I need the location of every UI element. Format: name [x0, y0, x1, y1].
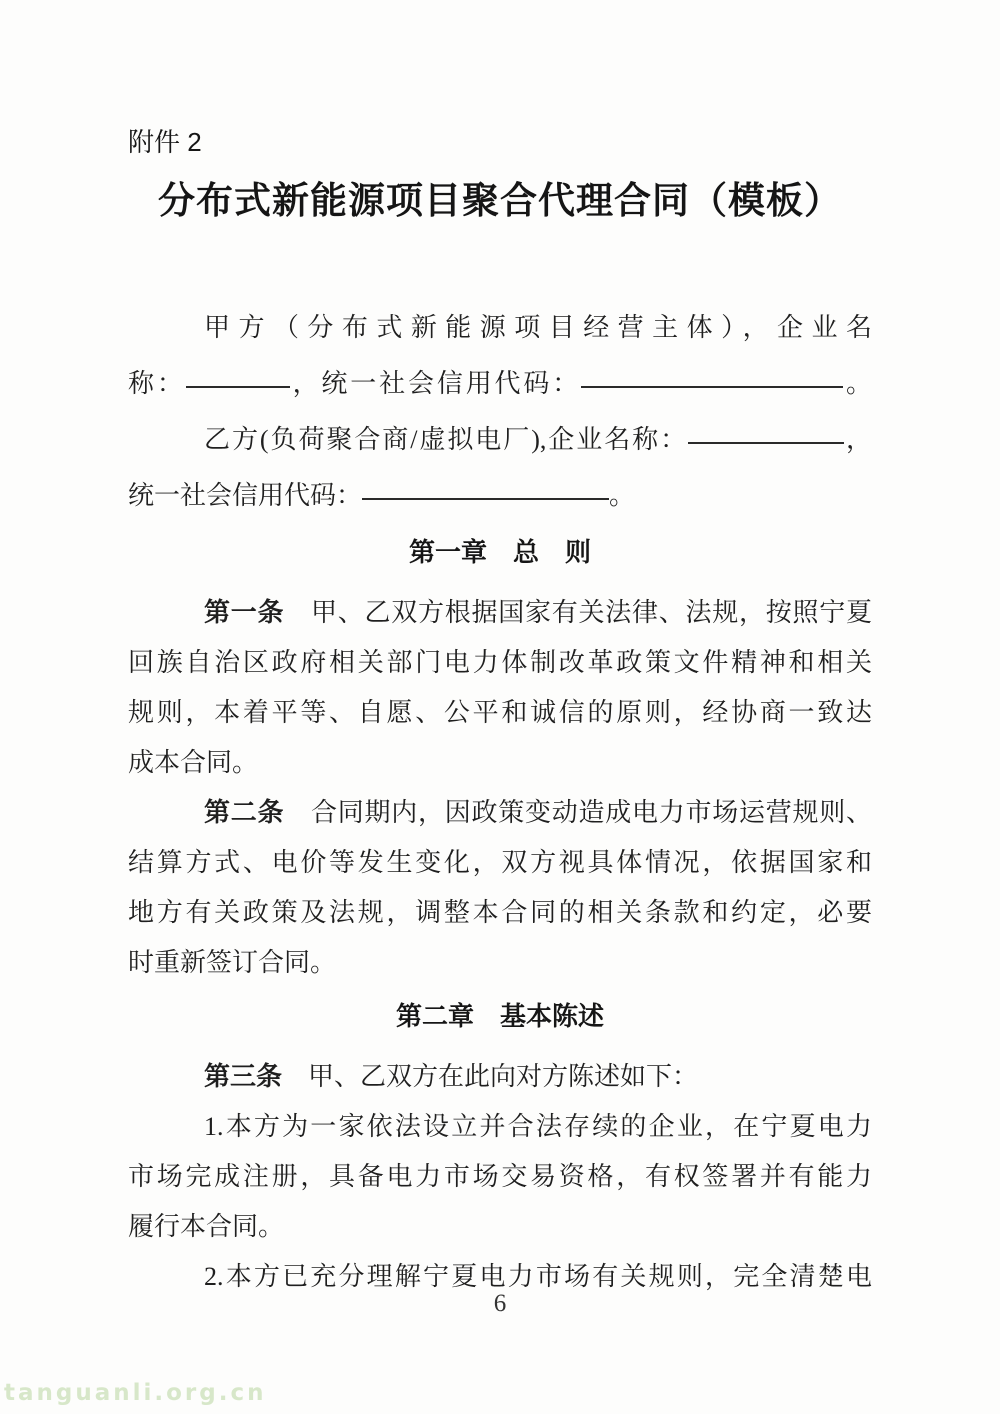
page-number: 6 [0, 1290, 1000, 1318]
article-number: 第三条 [204, 1062, 282, 1091]
text-run: 地方有关政策及法规，调整本合同的相关条款和约定，必要 [128, 898, 872, 927]
text-run: ， [844, 425, 872, 454]
text-run: ，统一社会信用代码： [290, 369, 581, 398]
text-line: 地方有关政策及法规，调整本合同的相关条款和约定，必要 [128, 888, 872, 938]
document-page: 附件 2 分布式新能源项目聚合代理合同（模板） 甲方（分布式新能源项目经营主体）… [0, 0, 1000, 1414]
text-run: 市场完成注册，具备电力市场交易资格，有权签署并有能力 [128, 1162, 872, 1191]
text-line: 第二条 合同期内，因政策变动造成电力市场运营规则、 [128, 788, 872, 838]
text-run: 成本合同。 [128, 748, 258, 777]
text-line: 回族自治区政府相关部门电力体制改革政策文件精神和相关 [128, 638, 872, 688]
text-run: 结算方式、电价等发生变化，双方视具体情况，依据国家和 [128, 848, 872, 877]
text-run: 回族自治区政府相关部门电力体制改革政策文件精神和相关 [128, 648, 872, 677]
blank-field [581, 356, 843, 388]
text-line: 履行本合同。 [128, 1202, 872, 1252]
text-line: 结算方式、电价等发生变化，双方视具体情况，依据国家和 [128, 838, 872, 888]
text-run: 甲、乙双方在此向对方陈述如下： [282, 1062, 698, 1091]
document-title: 分布式新能源项目聚合代理合同（模板） [100, 170, 900, 224]
chapter-heading: 第二章 基本陈述 [128, 992, 872, 1042]
text-run: 。 [609, 481, 635, 510]
text-run: 甲方（分布式新能源项目经营主体），企业名 [204, 313, 872, 342]
text-line: 市场完成注册，具备电力市场交易资格，有权签署并有能力 [128, 1152, 872, 1202]
text-line: 成本合同。 [128, 738, 872, 788]
article-number: 第一条 [204, 598, 284, 627]
watermark: tanguanli.org.cn [4, 1380, 266, 1406]
chapter-heading: 第一章 总 则 [128, 528, 872, 578]
text-run: 合同期内，因政策变动造成电力市场运营规则、 [284, 798, 872, 827]
text-line: 时重新签订合同。 [128, 938, 872, 988]
text-line: 乙方(负荷聚合商/虚拟电厂),企业名称： ， [128, 412, 872, 468]
text-line: 统一社会信用代码： 。 [128, 468, 872, 524]
text-run: 统一社会信用代码： [128, 481, 362, 510]
text-run: 乙方(负荷聚合商/虚拟电厂),企业名称： [204, 425, 688, 454]
text-line: 1.本方为一家依法设立并合法存续的企业，在宁夏电力 [128, 1102, 872, 1152]
text-run: 时重新签订合同。 [128, 948, 336, 977]
text-line: 称： ，统一社会信用代码： 。 [128, 356, 872, 412]
text-line: 第一条 甲、乙双方根据国家有关法律、法规，按照宁夏 [128, 588, 872, 638]
text-line: 第三条 甲、乙双方在此向对方陈述如下： [128, 1052, 872, 1102]
text-run: 甲、乙双方根据国家有关法律、法规，按照宁夏 [284, 598, 872, 627]
text-run: 称： [128, 369, 186, 398]
attachment-label: 附件 2 [128, 122, 202, 159]
text-run: 履行本合同。 [128, 1212, 284, 1241]
text-run: 规则，本着平等、自愿、公平和诚信的原则，经协商一致达 [128, 698, 872, 727]
document-body: 甲方（分布式新能源项目经营主体），企业名称： ，统一社会信用代码： 。乙方(负荷… [128, 300, 872, 1302]
text-run: 。 [843, 369, 872, 398]
text-run: 1.本方为一家依法设立并合法存续的企业，在宁夏电力 [204, 1112, 872, 1141]
article-number: 第二条 [204, 798, 284, 827]
blank-field [186, 356, 290, 388]
text-run: 2.本方已充分理解宁夏电力市场有关规则，完全清楚电 [204, 1262, 872, 1291]
blank-field [362, 468, 609, 500]
text-line: 规则，本着平等、自愿、公平和诚信的原则，经协商一致达 [128, 688, 872, 738]
text-line: 甲方（分布式新能源项目经营主体），企业名 [128, 300, 872, 356]
blank-field [688, 412, 844, 444]
